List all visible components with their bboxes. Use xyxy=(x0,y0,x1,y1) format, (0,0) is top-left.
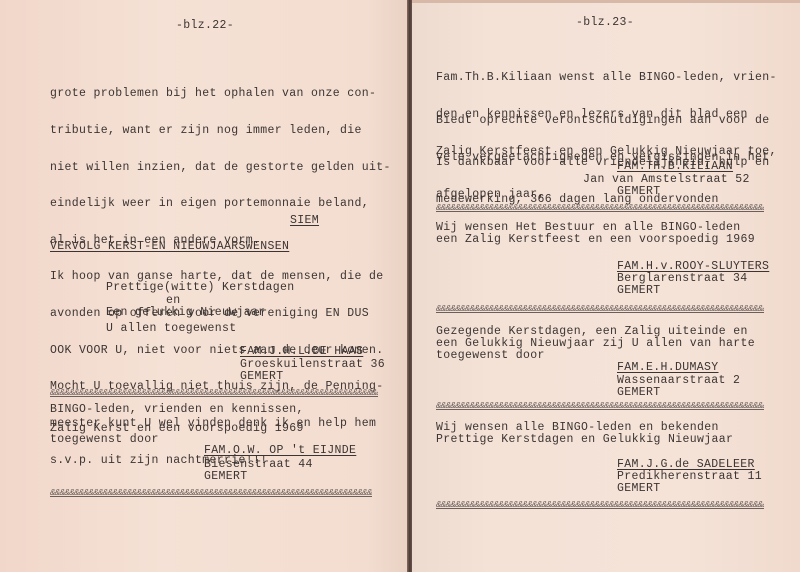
sender-name: FAM.J.H.L.DE HAAS xyxy=(240,346,363,358)
sender-city: GEMERT xyxy=(617,387,661,399)
greeting-line: toegewenst door xyxy=(50,434,159,446)
intro-line: niet willen inzien, dat de gestorte geld… xyxy=(50,162,391,174)
greeting-line: BINGO-leden, vrienden en kennissen, xyxy=(50,404,304,416)
greeting-line: Prettige Kerstdagen en Gelukkig Nieuwjaa… xyxy=(436,434,733,446)
sender-name: FAM.O.W. OP 't EIJNDE xyxy=(204,445,356,457)
ampersand-separator: &&&&&&&&&&&&&&&&&&&&&&&&&&&&&&&&&&&&&&&&… xyxy=(436,203,764,213)
sender-city: GEMERT xyxy=(240,371,284,383)
greeting-line: Een gelukkig Nieuwjaar xyxy=(106,307,266,319)
sender-city: GEMERT xyxy=(617,186,661,198)
booklet-spread: -blz.22- grote problemen bij het ophalen… xyxy=(0,0,800,572)
sender-city: GEMERT xyxy=(204,471,248,483)
sender-city: GEMERT xyxy=(617,483,661,495)
sender-city: GEMERT xyxy=(617,285,661,297)
signature: SIEM xyxy=(290,215,319,227)
page-top-edge xyxy=(412,0,800,3)
greeting-line: U allen toegewenst xyxy=(106,323,237,335)
greeting-line: Prettige(witte) Kerstdagen xyxy=(106,282,295,294)
ampersand-separator: &&&&&&&&&&&&&&&&&&&&&&&&&&&&&&&&&&&&&&&&… xyxy=(50,388,378,398)
paragraph-line: Fam.Th.B.Kiliaan wenst alle BINGO-leden,… xyxy=(436,72,777,84)
intro-line: tributie, want er zijn nog immer leden, … xyxy=(50,125,391,137)
page-number-left: -blz.22- xyxy=(176,20,234,32)
sender-name: FAM.E.H.DUMASY xyxy=(617,362,719,374)
page-number-right: -blz.23- xyxy=(576,17,634,29)
intro-line: eindelijk weer in eigen portemonnaie bel… xyxy=(50,198,391,210)
intro-line: grote problemen bij het ophalen van onze… xyxy=(50,88,391,100)
section-heading: VERVOLG KERST-EN NIEUWJAARSWENSEN xyxy=(50,241,289,253)
ampersand-separator: &&&&&&&&&&&&&&&&&&&&&&&&&&&&&&&&&&&&&&&&… xyxy=(436,304,764,314)
greeting-line: een Zalig Kerstfeest en een voorspoedig … xyxy=(436,234,755,246)
ampersand-separator: &&&&&&&&&&&&&&&&&&&&&&&&&&&&&&&&&&&&&&&&… xyxy=(436,500,764,510)
paragraph-line: Biedt oprechte verontschuldigingen aan v… xyxy=(436,115,770,127)
ampersand-separator: &&&&&&&&&&&&&&&&&&&&&&&&&&&&&&&&&&&&&&&&… xyxy=(50,488,372,498)
sender-street: Jan van Amstelstraat 52 xyxy=(583,174,750,186)
greeting-line: toegewenst door xyxy=(436,350,545,362)
book-spine xyxy=(407,0,412,572)
ampersand-separator: &&&&&&&&&&&&&&&&&&&&&&&&&&&&&&&&&&&&&&&&… xyxy=(436,401,764,411)
sender-name: FAM.TH.B.KILIAAN xyxy=(617,161,733,173)
